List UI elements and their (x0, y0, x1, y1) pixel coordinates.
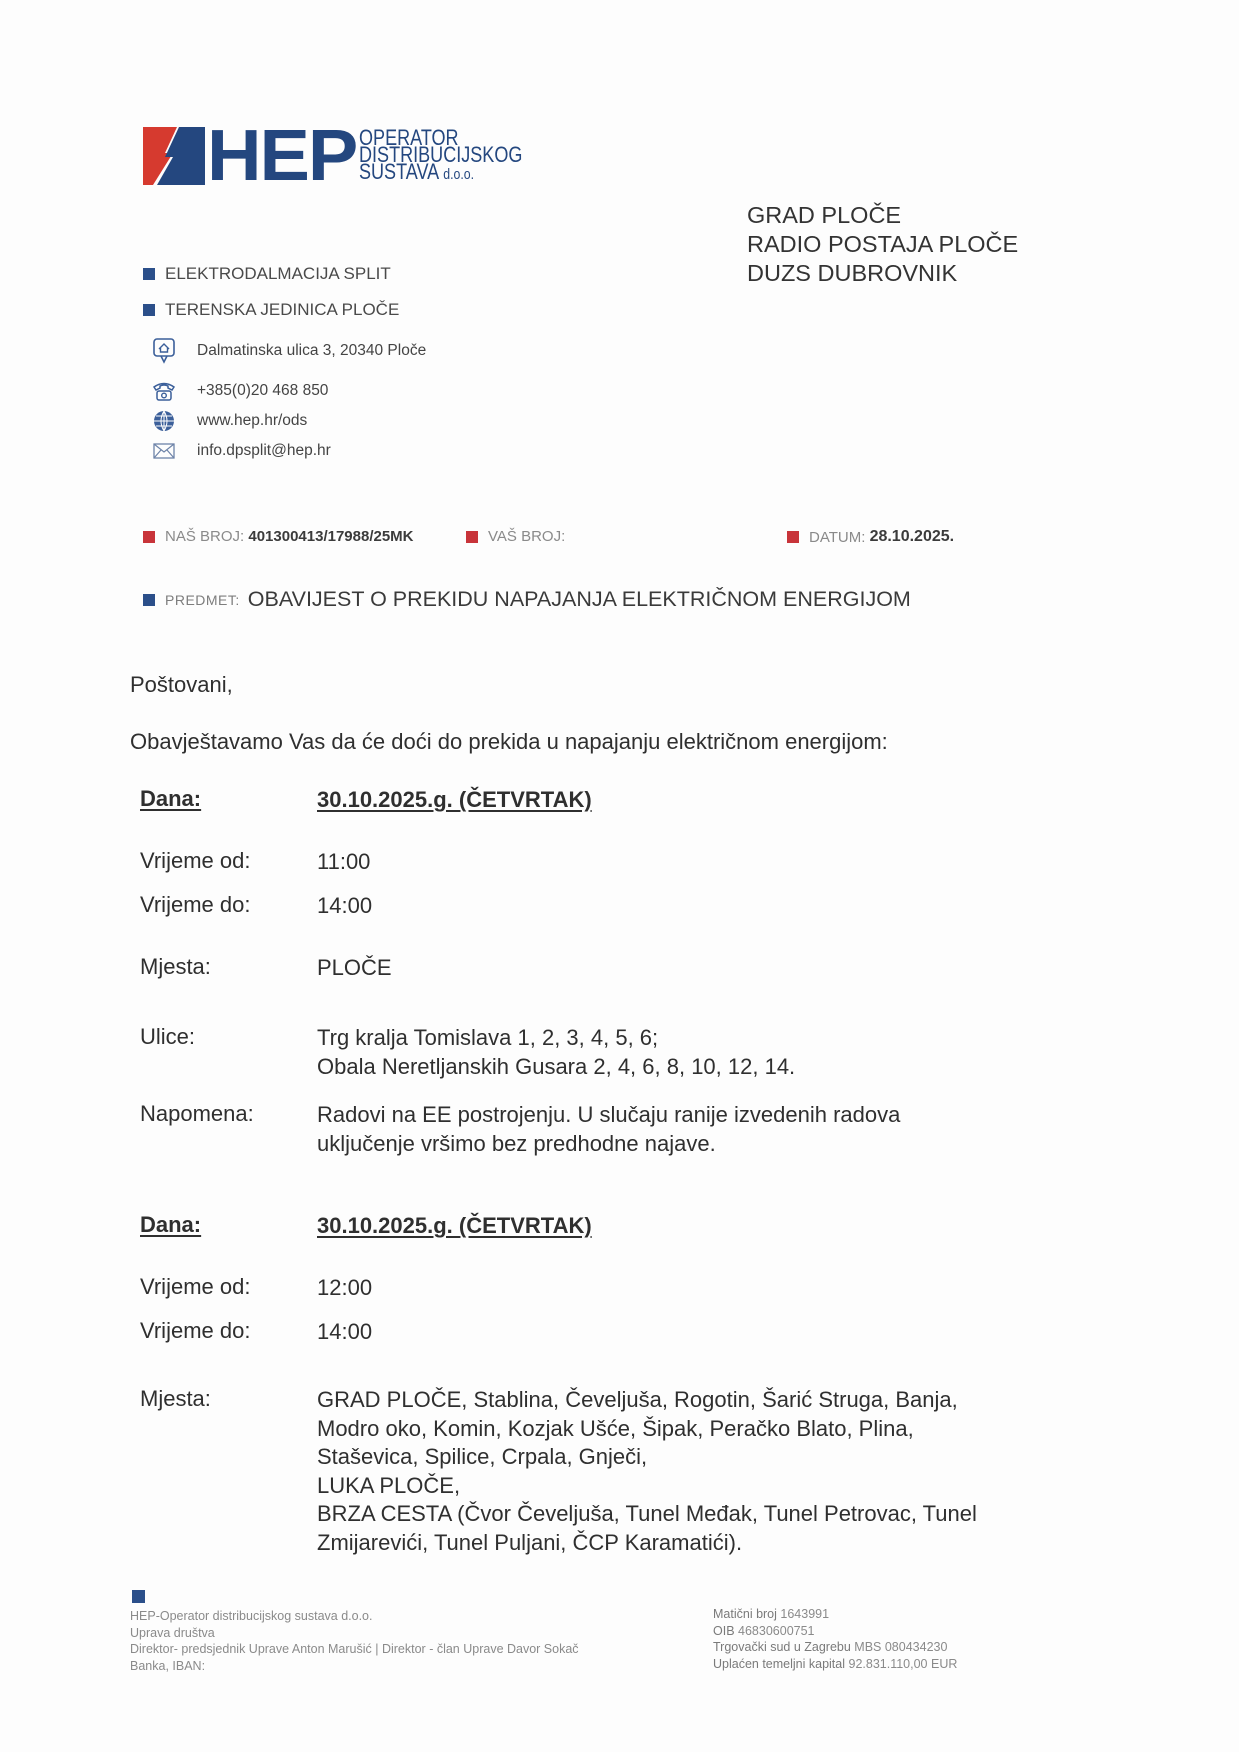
your-number: VAŠ BROJ: (466, 528, 569, 545)
contact-address: Dalmatinska ulica 3, 20340 Ploče (152, 340, 426, 362)
greeting: Poštovani, (130, 672, 233, 698)
recipient-line: DUZS DUBROVNIK (747, 259, 1018, 288)
bullet-square-icon (143, 594, 155, 606)
recipient-line: RADIO POSTAJA PLOČE (747, 230, 1018, 259)
outage-2-time-from: Vrijeme od: 12:00 (140, 1274, 372, 1303)
bullet-square-icon (143, 268, 155, 280)
org-unit: ELEKTRODALMACIJA SPLIT (143, 264, 391, 284)
bullet-square-icon (787, 531, 799, 543)
logo-brand: HEP (207, 127, 356, 185)
phone-icon (152, 380, 176, 402)
outage-2-time-to: Vrijeme do: 14:00 (140, 1318, 372, 1347)
lightning-mark-icon (143, 127, 205, 185)
document-date: DATUM: 28.10.2025. (787, 528, 954, 546)
recipient-block: GRAD PLOČE RADIO POSTAJA PLOČE DUZS DUBR… (747, 201, 1018, 288)
outage-2-day: Dana: 30.10.2025.g. (ČETVRTAK) (140, 1212, 592, 1241)
recipient-line: GRAD PLOČE (747, 201, 1018, 230)
envelope-icon (152, 440, 176, 462)
footer-square-icon (132, 1590, 145, 1603)
globe-icon (152, 410, 176, 432)
outage-1-note: Napomena: Radovi na EE postrojenju. U sl… (140, 1101, 900, 1158)
contact-email[interactable]: info.dpsplit@hep.hr (152, 440, 331, 462)
bullet-square-icon (143, 531, 155, 543)
address-icon (152, 340, 176, 362)
footer-company-info: HEP-Operator distribucijskog sustava d.o… (130, 1608, 579, 1674)
contact-phone: +385(0)20 468 850 (152, 380, 328, 402)
intro-text: Obavještavamo Vas da će doći do prekida … (130, 729, 888, 755)
footer-registration-info: Matični broj 1643991 OIB 46830600751 Trg… (713, 1606, 957, 1672)
outage-1-time-from: Vrijeme od: 11:00 (140, 848, 370, 877)
logo-subtitle: OPERATOR DISTRIBUCIJSKOG SUSTAVA d.o.o. (359, 129, 522, 183)
subject-line: PREDMET: OBAVIJEST O PREKIDU NAPAJANJA E… (143, 587, 911, 612)
hep-logo: HEP OPERATOR DISTRIBUCIJSKOG SUSTAVA d.o… (143, 127, 558, 187)
our-number: NAŠ BROJ: 401300413/17988/25MK (143, 528, 414, 545)
outage-1-streets: Ulice: Trg kralja Tomislava 1, 2, 3, 4, … (140, 1024, 795, 1081)
bullet-square-icon (143, 304, 155, 316)
bullet-square-icon (466, 531, 478, 543)
outage-1-time-to: Vrijeme do: 14:00 (140, 892, 372, 921)
outage-2-places: Mjesta: GRAD PLOČE, Stablina, Čeveljuša,… (140, 1386, 977, 1557)
contact-website[interactable]: www.hep.hr/ods (152, 410, 307, 432)
outage-1-day: Dana: 30.10.2025.g. (ČETVRTAK) (140, 786, 592, 815)
org-subunit: TERENSKA JEDINICA PLOČE (143, 300, 399, 320)
outage-1-places: Mjesta: PLOČE (140, 954, 392, 983)
